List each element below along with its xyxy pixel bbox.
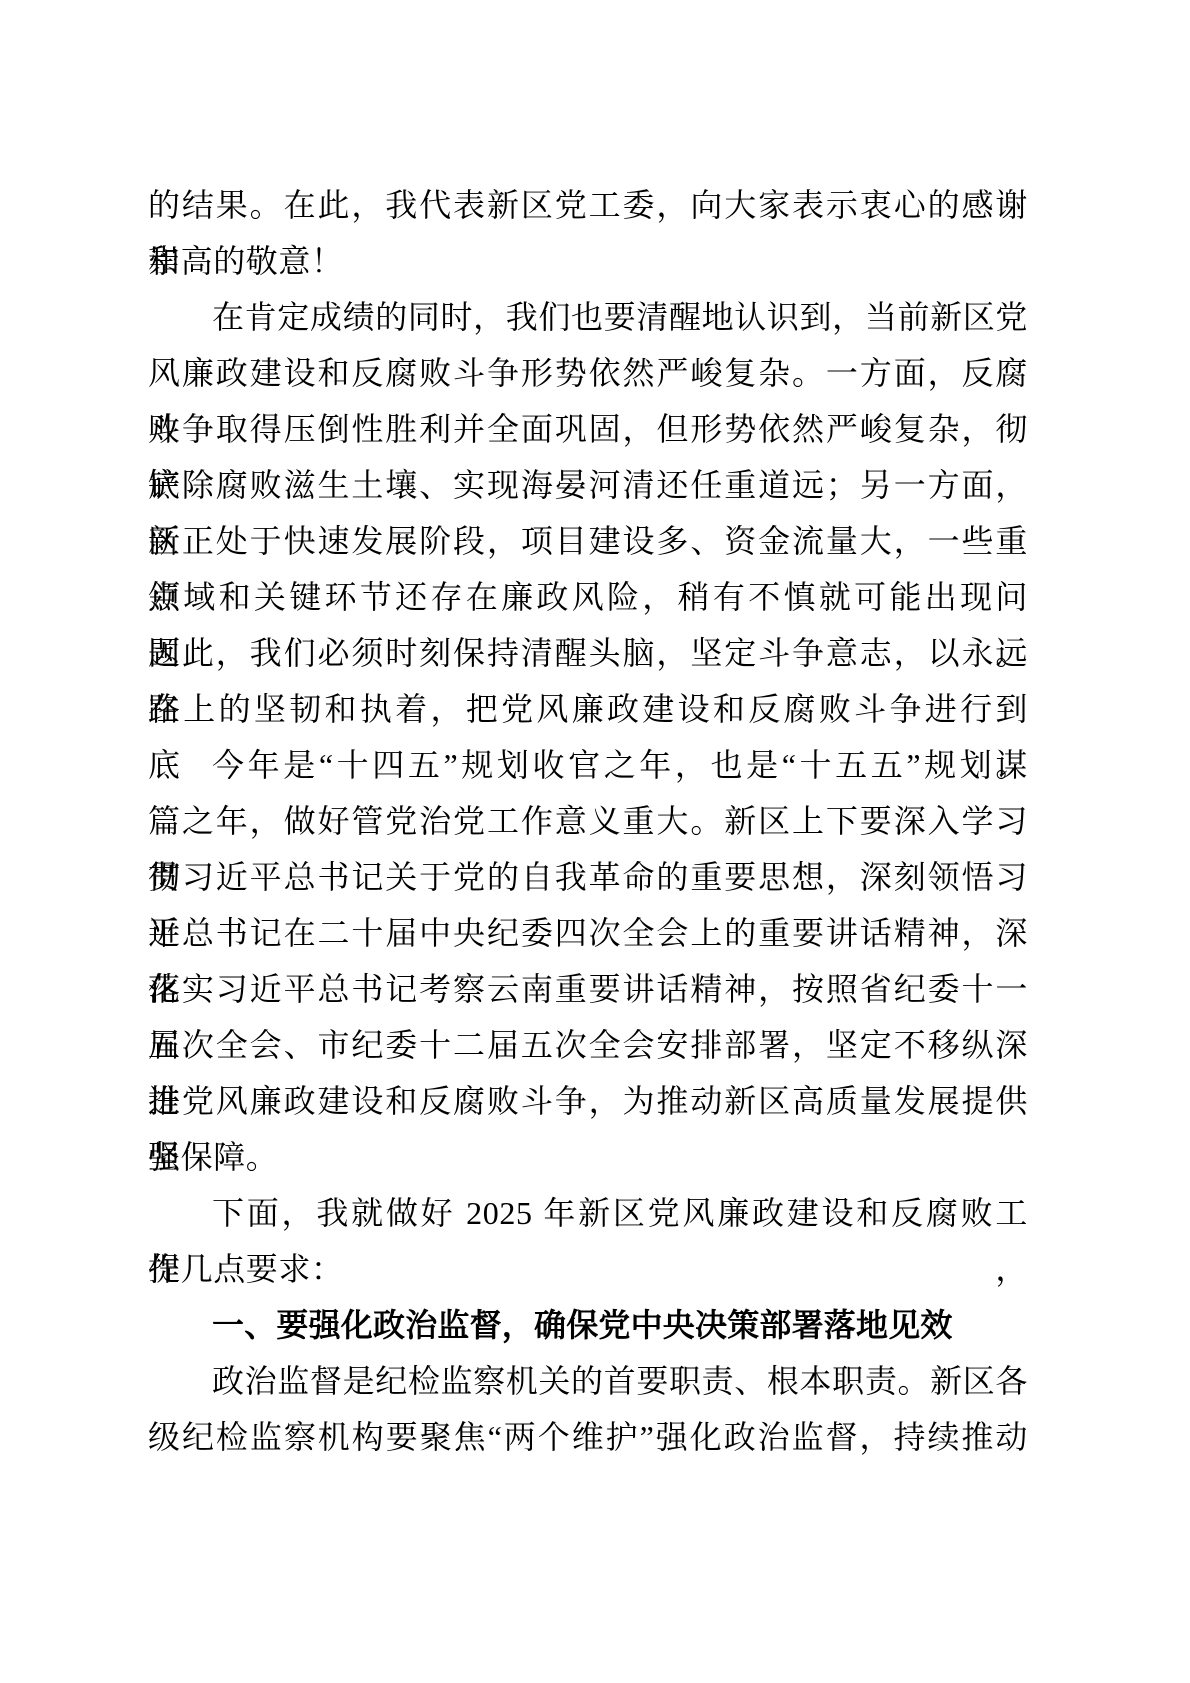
text-line: 强保障。 [148, 1129, 1028, 1185]
text-line: 篇之年，做好管党治党工作意义重大。新区上下要深入学习贯 [148, 793, 1028, 849]
document-body: 的结果。在此，我代表新区党工委，向大家表示衷心的感谢和崇高的敬意！在肯定成绩的同… [148, 177, 1028, 1465]
text-line: 风廉政建设和反腐败斗争形势依然严峻复杂。一方面，反腐败 [148, 345, 1028, 401]
text-line: 斗争取得压倒性胜利并全面巩固，但形势依然严峻复杂，彻底 [148, 401, 1028, 457]
text-line: 级纪检监察机构要聚焦“两个维护”强化政治监督，持续推动 [148, 1409, 1028, 1465]
text-line: 平总书记在二十届中央纪委四次全会上的重要讲话精神，深化 [148, 905, 1028, 961]
text-line: 今年是“十四五”规划收官之年，也是“十五五”规划谋 [148, 737, 1028, 793]
text-line: 政治监督是纪检监察机关的首要职责、根本职责。新区各 [148, 1353, 1028, 1409]
text-line: 路上的坚韧和执着，把党风廉政建设和反腐败斗争进行到底。 [148, 681, 1028, 737]
text-line: 进党风廉政建设和反腐败斗争，为推动新区高质量发展提供坚 [148, 1073, 1028, 1129]
text-line: 五次全会、市纪委十二届五次全会安排部署，坚定不移纵深推 [148, 1017, 1028, 1073]
text-line: 区正处于快速发展阶段，项目建设多、资金流量大，一些重点 [148, 513, 1028, 569]
text-line: 下面，我就做好 2025 年新区党风廉政建设和反腐败工作， [148, 1185, 1028, 1241]
text-line: 铲除腐败滋生土壤、实现海晏河清还任重道远；另一方面，新 [148, 457, 1028, 513]
text-line: 领域和关键环节还存在廉政风险，稍有不慎就可能出现问题。 [148, 569, 1028, 625]
text-line: 落实习近平总书记考察云南重要讲话精神，按照省纪委十一届 [148, 961, 1028, 1017]
text-line: 因此，我们必须时刻保持清醒头脑，坚定斗争意志，以永远在 [148, 625, 1028, 681]
text-line: 在肯定成绩的同时，我们也要清醒地认识到，当前新区党 [148, 289, 1028, 345]
text-line: 崇高的敬意！ [148, 233, 1028, 289]
text-line: 的结果。在此，我代表新区党工委，向大家表示衷心的感谢和 [148, 177, 1028, 233]
text-line: 彻习近平总书记关于党的自我革命的重要思想，深刻领悟习近 [148, 849, 1028, 905]
document-page: 的结果。在此，我代表新区党工委，向大家表示衷心的感谢和崇高的敬意！在肯定成绩的同… [0, 0, 1190, 1683]
text-line: 一、要强化政治监督，确保党中央决策部署落地见效 [148, 1297, 1028, 1353]
